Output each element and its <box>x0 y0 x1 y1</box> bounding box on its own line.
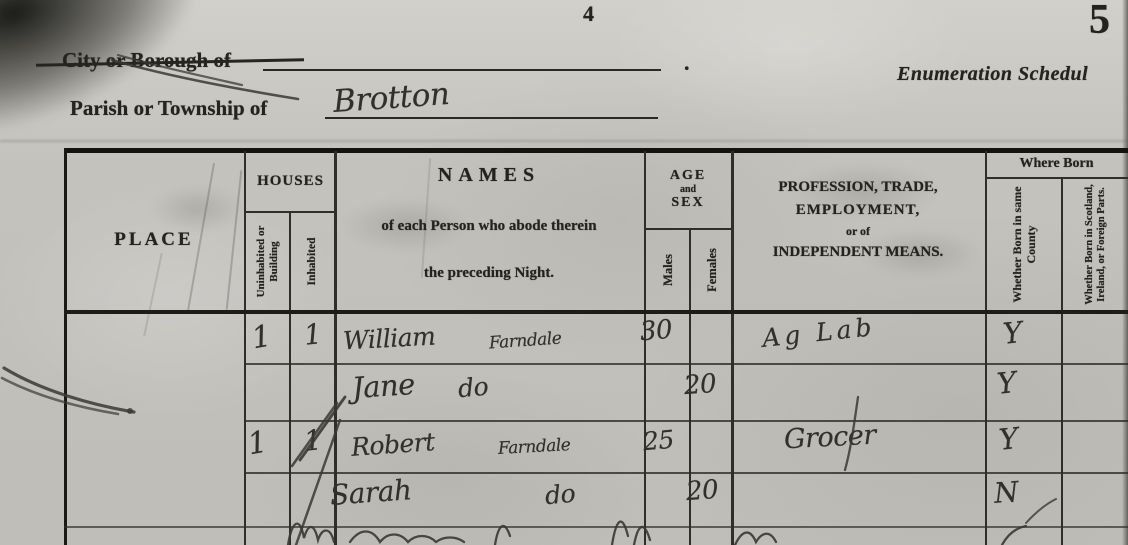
row1-surname: Farndale <box>488 329 562 354</box>
row1-born-same-county: Y <box>1001 315 1023 351</box>
header-houses: HOUSES <box>244 151 337 211</box>
row-line <box>244 363 1128 365</box>
left-page-number: 4 <box>583 1 594 27</box>
city-line-period: . <box>684 50 690 76</box>
row4-age-females: 20 <box>685 475 719 507</box>
row2-age-females: 20 <box>683 369 717 401</box>
row-line <box>64 526 1128 528</box>
row3-age-males: 25 <box>642 425 675 457</box>
census-page-scan: 4 5 Enumeration Schedul City or Borough … <box>0 0 1128 545</box>
row2-forename: Jane <box>351 367 416 405</box>
right-page-number: 5 <box>1089 0 1110 44</box>
header-males: Males <box>646 230 690 310</box>
header-age-sex: AGE and SEX <box>644 152 732 226</box>
parish-value-handwritten: Brotton <box>332 76 451 120</box>
row3-houses-inhabited: 1 <box>302 423 323 458</box>
row3-born-same-county: Y <box>997 421 1019 457</box>
header-females: Females <box>691 230 733 310</box>
header-born-same-county: Whether Born in same County <box>988 179 1061 310</box>
header-born-elsewhere: Whether Born in Scotland, Ireland, or Fo… <box>1064 179 1128 310</box>
row2-born-same-county: Y <box>995 365 1017 401</box>
parish-or-township-label: Parish or Township of <box>70 96 267 121</box>
row4-surname: do <box>544 479 576 511</box>
margin-check-mark <box>2 368 134 414</box>
row1-houses-inhabited: 1 <box>302 317 323 352</box>
row3-profession: Grocer <box>783 420 876 456</box>
header-uninhabited: Uninhabited or Building <box>246 213 290 310</box>
row-line <box>244 472 1128 474</box>
row4-born-same-county: N <box>993 475 1019 510</box>
row-line <box>244 420 1128 422</box>
col-line-profession-born <box>985 151 987 545</box>
row1-age-males: 30 <box>639 315 674 348</box>
row3-houses-uninhabited: 1 <box>245 425 269 463</box>
row1-houses-uninhabited: 1 <box>249 319 273 357</box>
header-where-born: Where Born <box>985 151 1128 177</box>
row4-forename: Sarah <box>329 473 413 512</box>
city-blank-line <box>263 69 661 71</box>
header-names: NAMES of each Person who abode therein t… <box>334 156 644 296</box>
col-line-born-subcolumns <box>1061 177 1063 545</box>
schedule-title: Enumeration Schedul <box>897 63 1088 86</box>
parish-blank-line <box>325 117 658 119</box>
row1-profession: Ag Lab <box>761 312 877 353</box>
paper-crease <box>0 140 1128 142</box>
row3-forename: Robert <box>350 427 435 462</box>
header-profession: PROFESSION, TRADE, EMPLOYMENT, or of IND… <box>731 160 985 280</box>
row3-surname: Farndale <box>498 435 571 459</box>
header-place: PLACE <box>64 151 244 311</box>
row1-forename: William <box>342 322 436 356</box>
header-inhabited: Inhabited <box>291 213 335 310</box>
row2-surname: do <box>457 372 489 404</box>
